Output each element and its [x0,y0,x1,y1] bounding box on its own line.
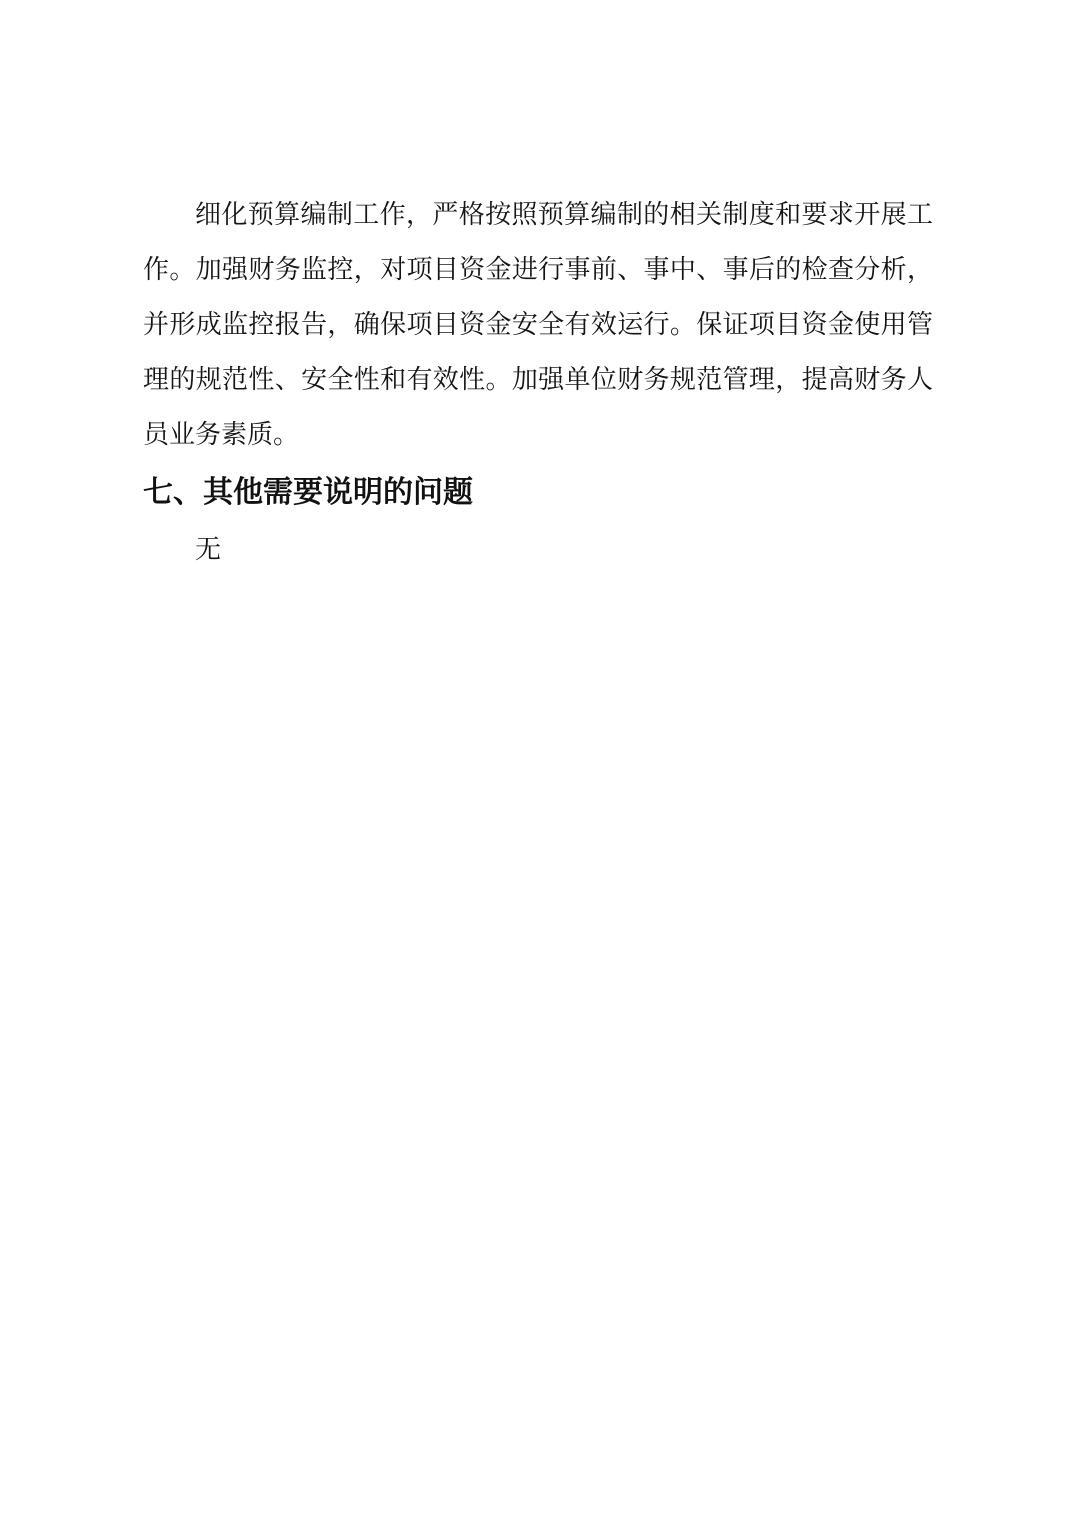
document-content: 细化预算编制工作，严格按照预算编制的相关制度和要求开展工作。加强财务监控，对项目… [143,188,933,578]
document-page: 细化预算编制工作，严格按照预算编制的相关制度和要求开展工作。加强财务监控，对项目… [0,0,1074,1520]
paragraph-budget-finance-management: 细化预算编制工作，严格按照预算编制的相关制度和要求开展工作。加强财务监控，对项目… [143,188,933,463]
paragraph-answer-none: 无 [143,523,933,578]
section-heading-other-issues: 七、其他需要说明的问题 [143,463,933,523]
